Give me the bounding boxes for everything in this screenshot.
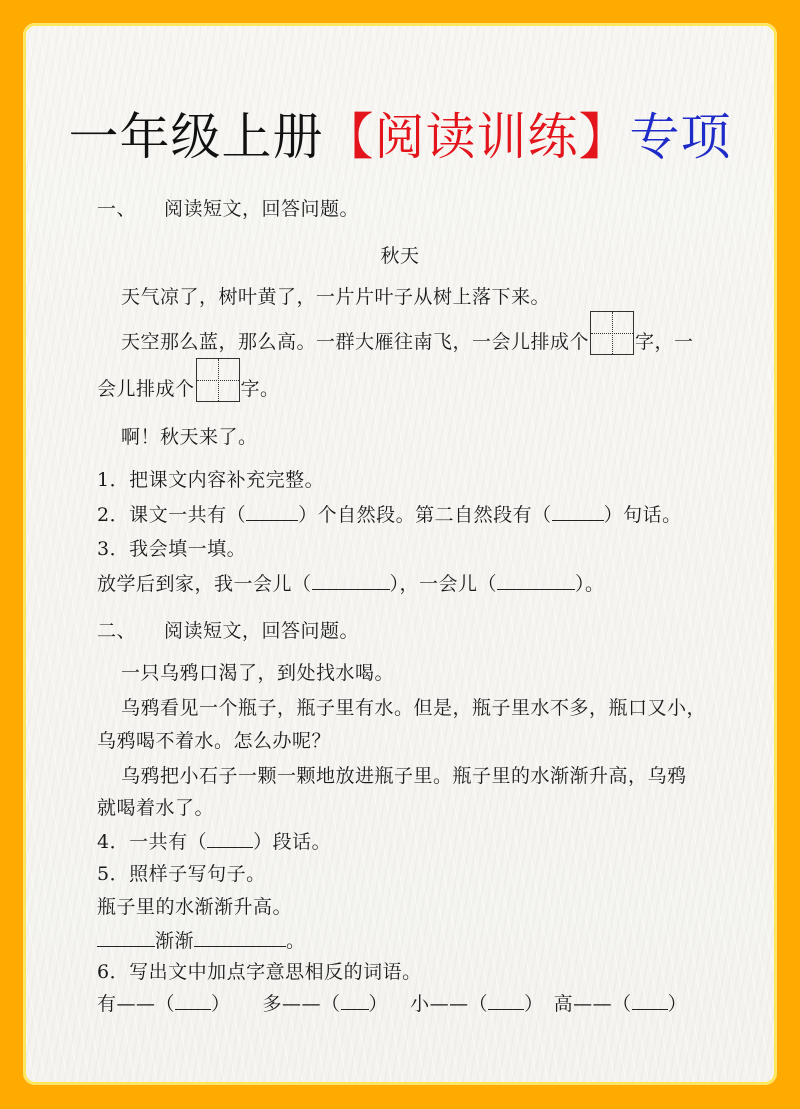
q3-text-b: ），一会儿（ xyxy=(390,573,498,595)
antonym-word: 小——（ xyxy=(410,993,488,1015)
antonym-word: 多——（ xyxy=(263,993,341,1015)
passage2-paragraph3-line2: 就喝着水了。 xyxy=(97,796,214,820)
q5-blank-1[interactable] xyxy=(97,928,155,947)
q5-end: 。 xyxy=(286,930,306,952)
title-topic: 【阅读训练】 xyxy=(324,108,630,166)
antonym-close: ） xyxy=(524,993,544,1015)
passage1-title: 秋天 xyxy=(0,244,800,268)
section1-number: 一、 xyxy=(97,198,136,220)
passage2-paragraph3-line1: 乌鸦把小石子一颗一颗地放进瓶子里。瓶子里的水渐渐升高，乌鸦 xyxy=(121,764,687,788)
p2-text-a: 天空那么蓝，那么高。一群大雁往南飞，一会儿排成个 xyxy=(121,331,589,353)
question-6-antonyms: 有——（）多——（）小——（）高——（） xyxy=(97,991,687,1016)
tianzige-box-1[interactable] xyxy=(590,311,634,355)
section2-number: 二、 xyxy=(97,620,136,642)
passage2-paragraph1: 一只乌鸦口渴了，到处找水喝。 xyxy=(121,661,394,685)
question-5-example: 瓶子里的水渐渐升高。 xyxy=(97,895,292,919)
antonym-close: ） xyxy=(369,993,389,1015)
question-1: 1．把课文内容补充完整。 xyxy=(97,468,324,492)
question-5: 5．照样子写句子。 xyxy=(97,862,266,886)
q2-text-c: ）句话。 xyxy=(604,504,682,526)
question-6: 6．写出文中加点字意思相反的词语。 xyxy=(97,960,422,984)
antonym-blank[interactable] xyxy=(632,991,668,1010)
p2-text-c: 会儿排成个 xyxy=(97,378,195,400)
q2-blank-1[interactable] xyxy=(246,502,298,521)
passage1-paragraph1: 天气凉了，树叶黄了，一片片叶子从树上落下来。 xyxy=(121,285,550,309)
antonym-blank[interactable] xyxy=(488,991,524,1010)
section2-instruction: 阅读短文，回答问题。 xyxy=(164,620,359,642)
q3-text-c: ）。 xyxy=(575,573,605,595)
antonym-item: 有——（） xyxy=(97,993,231,1015)
question-5-fill: 渐渐。 xyxy=(97,928,306,953)
q4-text-b: ）段话。 xyxy=(253,831,331,853)
antonym-item: 小——（） xyxy=(410,993,544,1015)
page-title: 一年级上册【阅读训练】专项 xyxy=(0,107,800,167)
q5-word: 渐渐 xyxy=(155,930,194,952)
q5-blank-2[interactable] xyxy=(194,928,286,947)
passage1-paragraph2-line2: 会儿排成个字。 xyxy=(97,377,280,402)
q2-text-a: 2．课文一共有（ xyxy=(97,504,246,526)
passage2-paragraph2-line1: 乌鸦看见一个瓶子，瓶子里有水。但是，瓶子里水不多，瓶口又小， xyxy=(121,696,706,720)
q3-blank-2[interactable] xyxy=(497,571,575,590)
question-2: 2．课文一共有（）个自然段。第二自然段有（）句话。 xyxy=(97,502,682,527)
p2-text-b: 字，一 xyxy=(635,331,694,353)
q4-text-a: 4．一共有（ xyxy=(97,831,207,853)
section2-heading: 二、阅读短文，回答问题。 xyxy=(97,619,359,643)
section1-instruction: 阅读短文，回答问题。 xyxy=(164,198,359,220)
question-3-fill: 放学后到家，我一会儿（），一会儿（）。 xyxy=(97,571,605,596)
q2-blank-2[interactable] xyxy=(552,502,604,521)
antonym-blank[interactable] xyxy=(175,991,211,1010)
tianzige-box-2[interactable] xyxy=(196,358,240,402)
title-grade: 一年级上册 xyxy=(69,108,324,166)
q3-blank-1[interactable] xyxy=(312,571,390,590)
q4-blank[interactable] xyxy=(207,829,253,848)
section1-heading: 一、阅读短文，回答问题。 xyxy=(97,197,359,221)
antonym-item: 高——（） xyxy=(554,993,688,1015)
question-3: 3．我会填一填。 xyxy=(97,537,246,561)
antonym-blank[interactable] xyxy=(341,991,369,1010)
antonym-word: 高——（ xyxy=(554,993,632,1015)
antonym-close: ） xyxy=(211,993,231,1015)
antonym-close: ） xyxy=(668,993,688,1015)
antonym-item: 多——（） xyxy=(263,993,389,1015)
antonym-word: 有——（ xyxy=(97,993,175,1015)
title-suffix: 专项 xyxy=(630,108,732,166)
q3-text-a: 放学后到家，我一会儿（ xyxy=(97,573,312,595)
q2-text-b: ）个自然段。第二自然段有（ xyxy=(298,504,552,526)
question-4: 4．一共有（）段话。 xyxy=(97,829,331,854)
passage1-paragraph2-line1: 天空那么蓝，那么高。一群大雁往南飞，一会儿排成个字，一 xyxy=(121,330,694,355)
passage1-paragraph3: 啊！秋天来了。 xyxy=(121,425,258,449)
p2-text-d: 字。 xyxy=(241,378,280,400)
passage2-paragraph2-line2: 乌鸦喝不着水。怎么办呢？ xyxy=(97,729,331,753)
